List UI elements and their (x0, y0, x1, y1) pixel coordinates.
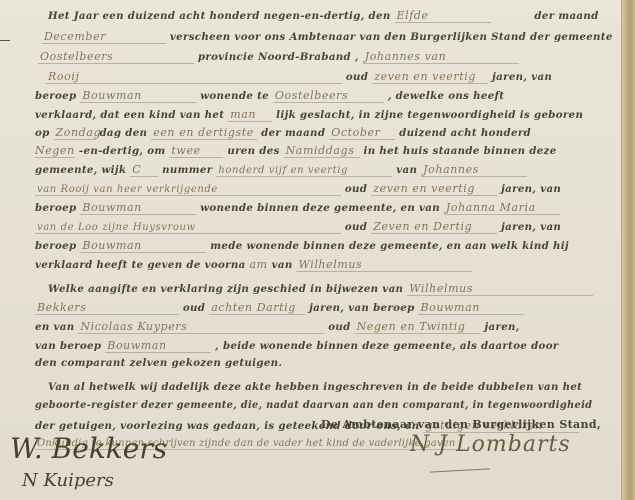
print-text: der maand (534, 10, 598, 22)
handwritten-entry: Wilhelmus (407, 282, 593, 296)
doc-line-13: beroep Bouwman mede wonende binnen deze … (35, 239, 569, 253)
print-text: jaren, van beroep (309, 302, 414, 314)
handwritten-entry: Namiddags (284, 144, 360, 158)
doc-line-17: en van Nicolaas Kuypers oud Negen en Twi… (35, 320, 520, 334)
handwritten-entry: man (228, 108, 272, 122)
print-text: , beide wonende binnen deze gemeente, al… (215, 340, 558, 352)
print-text: , dewelke ons heeft (388, 90, 505, 102)
handwritten-entry: October (329, 126, 395, 140)
handwritten-entry: Johannes (421, 163, 527, 177)
print-text: verscheen voor ons Ambtenaar van den Bur… (170, 31, 526, 43)
handwritten-entry: Bouwman (80, 89, 196, 103)
doc-line-10: van Rooij van heer verkrijgende oud zeve… (35, 182, 561, 196)
doc-line-21: geboorte-register dezer gemeente, die, n… (35, 400, 592, 411)
print-text: oud (328, 321, 350, 333)
witness-signature-2: N Kuipers (22, 470, 114, 491)
doc-line-18: van beroep Bouwman , beide wonende binne… (35, 339, 559, 353)
handwritten-entry: Wilhelmus (296, 258, 472, 272)
handwritten-entry: Bouwman (105, 339, 211, 353)
print-text: verklaard heeft te geven de voorna (35, 259, 246, 271)
print-text: oud (183, 302, 205, 314)
doc-line-16: Bekkers oud achten Dartig jaren, van ber… (35, 301, 524, 315)
handwritten-entry: December (42, 30, 166, 44)
print-text: jaren, van (492, 71, 552, 83)
print-text: der maand (261, 127, 325, 139)
doc-line-6: verklaard, dat een kind van het man lijk… (35, 108, 583, 122)
print-text: jaren, (484, 321, 519, 333)
doc-line-5: beroep Bouwman wonende te Oostelbeers , … (35, 89, 504, 103)
doc-line-9: gemeente, wijk C nummer honderd vijf en … (35, 163, 527, 177)
doc-line-11: beroep Bouwman wonende binnen deze gemee… (35, 201, 560, 215)
print-text: provincie Noord-Braband , (198, 51, 359, 63)
print-text: oud (345, 221, 367, 233)
signature-underline (430, 468, 490, 472)
doc-line-8: Negen -en-dertig, om twee uren des Namid… (35, 144, 557, 158)
handwritten-entry: am (249, 258, 267, 271)
handwritten-entry: Bouwman (418, 301, 524, 315)
handwritten-entry: Zondag (54, 126, 96, 140)
closing-text: De Ambtenaar van den Burgerlijken Stand, (321, 418, 601, 431)
print-text: van beroep (35, 340, 101, 352)
doc-line-19: den comparant zelven gekozen getuigen. (35, 357, 282, 369)
doc-line-12: van de Loo zijne Huysvrouw oud Zeven en … (35, 220, 561, 234)
doc-line-14: verklaard heeft te geven de voorna am va… (35, 258, 472, 272)
doc-line-7: op Zondag dag den een en dertigste der m… (35, 126, 531, 140)
handwritten-entry: een en dertigste (151, 126, 257, 140)
print-text: lijk geslacht, in zijne tegenwoordigheid… (276, 109, 583, 121)
print-text: verklaard, dat een kind van het (35, 109, 224, 121)
print-text: beroep (35, 90, 76, 102)
print-text: nummer (162, 164, 212, 176)
print-text: wonende binnen deze gemeente, en van (200, 202, 440, 214)
print-text: mede wonende binnen deze gemeente, en aa… (210, 240, 569, 252)
handwritten-entry: Negen (35, 144, 75, 158)
print-text: geboorte-register dezer gemeente, die, n… (35, 400, 592, 411)
handwritten-entry: zeven en veertig (372, 70, 488, 84)
handwritten-entry: honderd vijf en veertig (216, 165, 392, 177)
handwritten-entry: Johanna Maria (444, 201, 560, 215)
margin-dash (0, 40, 10, 41)
print-text: duizend acht honderd (399, 127, 531, 139)
print-text: der gemeente (530, 31, 613, 43)
print-text: -en-dertig, om (79, 145, 166, 157)
handwritten-entry: Johannes van (363, 50, 519, 64)
doc-line-20: Van al hetwelk wij dadelijk deze akte he… (48, 381, 582, 393)
print-text: in het huis staande binnen deze (363, 145, 556, 157)
handwritten-entry: Bouwman (80, 239, 206, 253)
print-text: jaren, van (501, 183, 561, 195)
handwritten-entry: Negen en Twintig (355, 320, 481, 334)
doc-line-1: Het Jaar een duizend acht honderd negen-… (48, 9, 599, 23)
handwritten-entry: van Rooij van heer verkrijgende (35, 184, 341, 196)
print-text: wonende te (200, 90, 269, 102)
book-binding-edge (621, 0, 635, 500)
handwritten-entry: Elfde (395, 9, 491, 23)
handwritten-entry: Zeven en Dertig (371, 220, 497, 234)
witness-signature-1: W. Bekkers (10, 432, 167, 465)
print-text: van (272, 259, 293, 271)
doc-line-15: Welke aangifte en verklaring zijn geschi… (48, 282, 593, 296)
print-text: oud (345, 183, 367, 195)
handwritten-entry: Bekkers (35, 301, 179, 315)
print-text: Van al hetwelk wij dadelijk deze akte he… (48, 381, 582, 393)
handwritten-entry: Nicolaas Kuypers (78, 320, 324, 334)
official-signature: N J Lombarts (410, 432, 571, 457)
print-text: Het Jaar een duizend acht honderd negen-… (48, 10, 391, 22)
handwritten-entry: Oostelbeers (273, 89, 384, 103)
print-text: op (35, 127, 50, 139)
print-text: gemeente, wijk (35, 164, 126, 176)
doc-line-4: Rooij oud zeven en veertig jaren, van (46, 70, 552, 84)
doc-line-2: December verscheen voor ons Ambtenaar va… (42, 30, 613, 44)
handwritten-entry: achten Dartig (209, 301, 305, 315)
print-text: van (396, 164, 417, 176)
handwritten-entry: Rooij (46, 70, 342, 84)
print-text: jaren, van (501, 221, 561, 233)
doc-line-3: Oostelbeers provincie Noord-Braband , Jo… (38, 50, 519, 64)
print-text: oud (346, 71, 368, 83)
print-text: uren des (227, 145, 279, 157)
print-text: Welke aangifte en verklaring zijn geschi… (48, 283, 403, 295)
handwritten-entry: Oostelbeers (38, 50, 194, 64)
handwritten-entry: twee (169, 144, 223, 158)
print-text: beroep (35, 202, 76, 214)
handwritten-entry: zeven en veertig (371, 182, 497, 196)
handwritten-entry: van de Loo zijne Huysvrouw (35, 222, 341, 234)
print-text: den comparant zelven gekozen getuigen. (35, 357, 282, 369)
print-text: beroep (35, 240, 76, 252)
document-page: Het Jaar een duizend acht honderd negen-… (0, 0, 622, 500)
handwritten-entry: C (130, 163, 158, 177)
print-text: en van (35, 321, 74, 333)
handwritten-entry: Bouwman (80, 201, 196, 215)
print-text: dag den (99, 127, 147, 139)
